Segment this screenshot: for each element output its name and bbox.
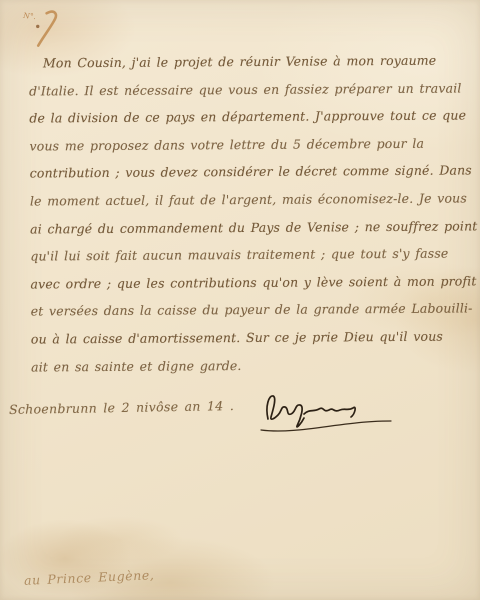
letter-line: avec ordre ; que les contributions qu'on… xyxy=(30,267,460,298)
letter-page: N°. 7 Mon Cousin, j'ai le projet de réun… xyxy=(0,0,480,600)
archival-number-mark: N°. 7 xyxy=(18,4,69,55)
signature-name: Napoléon xyxy=(256,436,257,437)
napoleon-signature: Napoléon xyxy=(256,386,396,436)
addressee-line: au Prince Eugène, xyxy=(24,567,155,588)
letter-line: qu'il lui soit fait aucun mauvais traite… xyxy=(30,240,460,271)
letter-line: Mon Cousin, j'ai le projet de réunir Ven… xyxy=(29,47,459,78)
letter-line: de la division de ce pays en département… xyxy=(29,102,459,133)
letter-line: ai chargé du commandement du Pays de Ven… xyxy=(30,212,460,243)
letter-line: contribution ; vous devez considérer le … xyxy=(30,157,460,188)
letter-line: le moment actuel, il faut de l'argent, m… xyxy=(30,184,460,215)
signature-scrawl-icon xyxy=(256,386,396,436)
letter-line: ou à la caisse d'amortissement. Sur ce j… xyxy=(31,322,461,353)
letter-line: vous me proposez dans votre lettre du 5 … xyxy=(29,129,459,160)
archival-number-prefix: N°. xyxy=(22,11,37,21)
letter-line: d'Italie. Il est nécessaire que vous en … xyxy=(29,74,459,105)
dateline: Schoenbrunn le 2 nivôse an 14 . xyxy=(9,398,234,417)
letter-line: ait en sa sainte et digne garde. xyxy=(31,350,461,381)
number-seven-glyph: N°. 7 xyxy=(18,4,69,55)
letter-body: Mon Cousin, j'ai le projet de réunir Ven… xyxy=(29,47,461,381)
letter-line: et versées dans la caisse du payeur de l… xyxy=(31,295,461,326)
